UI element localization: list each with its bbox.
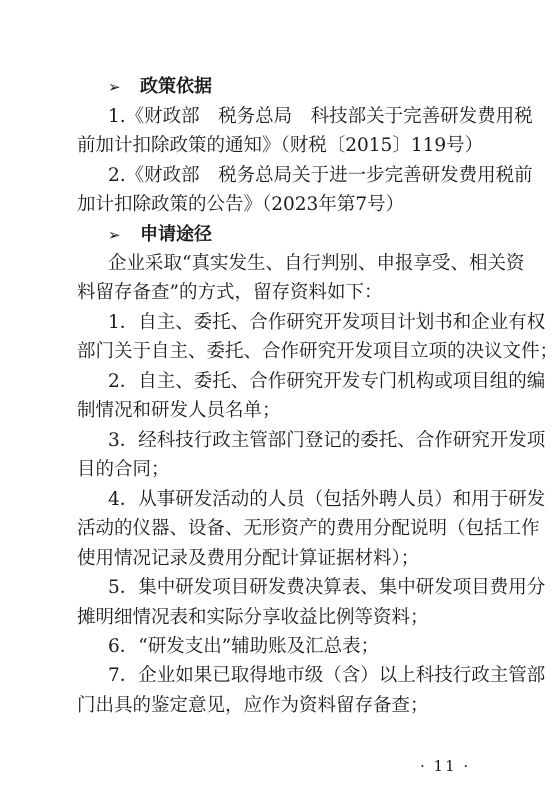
arrow-bullet-icon: ➢ — [108, 221, 140, 249]
material-item-7-line-1: 7．企业如果已取得地市级（含）以上科技行政主管部 — [108, 662, 483, 690]
policy-item-1-line-1: 1.《财政部 税务总局 科技部关于完善研发费用税 — [108, 103, 483, 131]
material-item-1-line-2: 部门关于自主、委托、合作研究开发项目立项的决议文件； — [77, 338, 483, 366]
material-item-3-line-2: 目的合同； — [77, 456, 483, 484]
arrow-bullet-icon: ➢ — [108, 73, 140, 101]
material-item-4-line-2: 活动的仪器、设备、无形资产的费用分配说明（包括工作 — [77, 515, 483, 543]
material-item-5-line-2: 摊明细情况表和实际分享收益比例等资料； — [77, 604, 483, 632]
material-item-2-line-1: 2．自主、委托、合作研究开发专门机构或项目组的编 — [108, 368, 483, 396]
section-heading-application-path: ➢申请途径 — [108, 221, 212, 249]
intro-line-2: 料留存备查”的方式，留存资料如下： — [77, 279, 483, 307]
material-item-4-line-3: 使用情况记录及费用分配计算证据材料）； — [77, 545, 483, 573]
material-item-7-line-2: 门出具的鉴定意见，应作为资料留存备查； — [77, 692, 483, 720]
section-title: 申请途径 — [140, 224, 212, 245]
policy-item-1-line-2: 前加计扣除政策的通知》（财税〔2015〕119号） — [77, 132, 483, 160]
material-item-3-line-1: 3．经科技行政主管部门登记的委托、合作研究开发项 — [108, 427, 483, 455]
material-item-1-line-1: 1．自主、委托、合作研究开发项目计划书和企业有权 — [108, 309, 483, 337]
material-item-2-line-2: 制情况和研发人员名单； — [77, 397, 483, 425]
document-page: ➢政策依据 1.《财政部 税务总局 科技部关于完善研发费用税 前加计扣除政策的通… — [0, 0, 559, 793]
material-item-6-line-1: 6．“研发支出”辅助账及汇总表； — [108, 633, 483, 661]
policy-item-2-line-1: 2.《财政部 税务总局关于进一步完善研发费用税前 — [108, 162, 483, 190]
intro-line-1: 企业采取“真实发生、自行判别、申报享受、相关资 — [108, 250, 483, 278]
policy-item-2-line-2: 加计扣除政策的公告》（2023年第7号） — [77, 191, 483, 219]
material-item-4-line-1: 4．从事研发活动的人员（包括外聘人员）和用于研发 — [108, 486, 483, 514]
page-number: · 11 · — [420, 756, 470, 776]
section-heading-policy-basis: ➢政策依据 — [108, 73, 212, 101]
section-title: 政策依据 — [140, 76, 212, 97]
material-item-5-line-1: 5．集中研发项目研发费决算表、集中研发项目费用分 — [108, 574, 483, 602]
